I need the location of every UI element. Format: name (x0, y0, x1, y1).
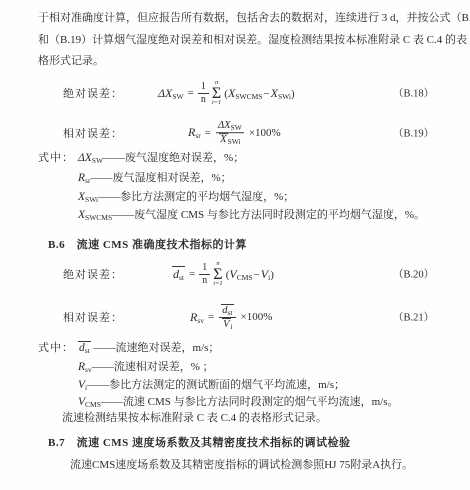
absolute-error-label: 绝对误差： (63, 85, 123, 101)
var-sub: SWi (278, 92, 291, 101)
fraction-numerator: 1 (198, 81, 209, 93)
var-delta-x: ΔX (218, 120, 231, 131)
formula-lhs: Rsr (188, 126, 201, 141)
where-symbol: XSWi (78, 191, 98, 203)
equation-number-b21: （B.21） (393, 310, 434, 325)
where-symbol: Vi (78, 379, 87, 391)
var-sub: SWi (85, 195, 98, 204)
equation-number-b19: （B.19） (393, 126, 434, 141)
absolute-error-label: 绝对误差： (63, 266, 123, 282)
equals-sign: = (207, 311, 215, 323)
sigma-glyph: Σ (213, 268, 222, 281)
times-100-percent: ×100% (248, 127, 282, 139)
where-symbol: Rsv (78, 361, 92, 373)
fraction-denominator: XSWi (216, 132, 243, 146)
formula-lhs: Rsv (190, 310, 204, 325)
var-sub: SWi (228, 137, 241, 146)
var-v-i: V (261, 267, 268, 281)
mean-overline: dst (172, 266, 185, 282)
sum-lower-limit: i=1 (212, 100, 221, 107)
var-v-bar: V (223, 319, 229, 330)
where-symbol: VCMS (78, 396, 101, 408)
fraction-one-over-n: 1n (198, 81, 209, 105)
equation-number-b18: （B.18） (393, 86, 434, 101)
sum-lower-limit: i=1 (213, 281, 222, 288)
em-dash: —— (94, 342, 116, 354)
var-sub: CMS (237, 273, 253, 282)
var-sub: sv (85, 365, 92, 374)
where-line-vel-2: Rsv——流速相对误差，% ； (78, 360, 214, 374)
var-sub: SWCMS (85, 213, 112, 222)
var-x-bar: X (220, 134, 226, 145)
section-b7-body: 流速CMS速度场系数及其精密度指标的调试检测参照HJ 75附录A执行。 (70, 456, 413, 472)
where-symbol: dst (78, 342, 91, 354)
summation-symbol: nΣi=1 (213, 261, 222, 287)
fraction-error-ratio: dst Vi (218, 304, 236, 330)
var-x-swi: X (271, 86, 278, 100)
fraction-denominator: n (198, 93, 209, 106)
var-x: X (78, 191, 85, 203)
mean-overline: V (222, 318, 230, 331)
var-x: X (78, 209, 85, 221)
em-dash: —— (103, 152, 125, 164)
where-desc: 参比方法测定的测试断面的烟气平均流速，m/s； (109, 379, 345, 391)
mean-overline: X (219, 133, 227, 146)
formula-b21: Rsv = dst Vi ×100% (190, 304, 273, 330)
where-line-hum-3: XSWi——参比方法测定的平均烟气湿度，%； (78, 190, 294, 204)
where-symbol: ΔXSW (78, 152, 103, 164)
fraction-numerator: ΔXSW (215, 120, 245, 132)
equals-sign: = (204, 127, 212, 139)
em-dash: —— (98, 191, 120, 203)
relative-error-label: 相对误差： (63, 309, 123, 325)
em-dash: —— (87, 379, 109, 391)
fraction-denominator: Vi (219, 317, 236, 331)
var-sub: st (179, 273, 184, 282)
velocity-record-note: 流速检测结果按本标准附录 C 表 C.4 的表格形式记录。 (62, 411, 327, 425)
close-paren: ) (291, 88, 295, 100)
var-sub: SWCMS (235, 92, 262, 101)
var-sub: sr (195, 132, 200, 141)
relative-error-label: 相对误差： (63, 125, 123, 141)
where-desc: 废气湿度绝对误差，%； (125, 152, 244, 164)
fraction-one-over-n: 1n (199, 262, 210, 286)
where-symbol: XSWCMS (78, 209, 112, 221)
fraction-numerator: dst (218, 304, 236, 317)
times-100-percent: ×100% (240, 311, 274, 323)
where-line-hum-1: 式中：ΔXSW——废气湿度绝对误差，%； (38, 151, 244, 165)
equation-number-b20: （B.20） (393, 267, 434, 282)
where-prefix: 式中： (38, 152, 74, 164)
mean-overline: dst (78, 341, 91, 355)
minus-sign: − (262, 88, 270, 100)
var-sub: CMS (85, 400, 101, 409)
intro-line-3: 格形式记录。 (38, 51, 452, 73)
where-line-vel-3: Vi——参比方法测定的测试断面的烟气平均流速，m/s； (78, 378, 345, 392)
var-v: V (78, 379, 85, 391)
document-page: 于相对准确度计算，但应报告所有数据，包括舍去的数据对，连续进行 3 d，并按公式… (0, 0, 470, 490)
section-heading-b6: B.6 流速 CMS 准确度技术指标的计算 (48, 236, 247, 252)
where-desc: 参比方法测定的平均烟气湿度，%； (120, 191, 294, 203)
var-sub: sv (197, 316, 204, 325)
minus-sign: − (253, 269, 261, 281)
intro-line-1: 于相对准确度计算，但应报告所有数据，包括舍去的数据对，连续进行 3 d，并按公式… (38, 8, 452, 30)
em-dash: —— (90, 172, 112, 184)
var-sub: SW (92, 156, 103, 165)
em-dash: —— (101, 396, 123, 408)
formula-b18: ΔXSW = 1n nΣi=1 (XSWCMS−XSWi) (158, 80, 295, 106)
where-desc: 流速 CMS 与参比方法同时段测定的烟气平均流速，m/s。 (123, 396, 399, 408)
formula-b20: dst = 1n nΣi=1 (VCMS−Vi) (172, 261, 274, 287)
where-desc: 废气湿度相对误差，%； (112, 172, 231, 184)
var-r: R (78, 172, 85, 184)
var-v-cms: V (229, 267, 236, 281)
formula-rhs: (XSWCMS−XSWi) (224, 86, 294, 101)
fraction-error-ratio: ΔXSW XSWi (215, 120, 245, 146)
fraction-denominator: n (199, 274, 210, 287)
var-sub: st (85, 346, 90, 355)
var-sub: SW (231, 123, 242, 132)
var-delta-x: ΔX (158, 86, 172, 100)
summation-symbol: nΣi=1 (212, 80, 221, 106)
where-symbol: Rsr (78, 172, 90, 184)
formula-lhs: dst (172, 266, 185, 282)
em-dash: —— (112, 209, 134, 221)
where-line-vel-1: 式中：dst ——流速绝对误差，m/s； (38, 341, 219, 355)
var-sub: i (231, 322, 233, 331)
var-delta-x: ΔX (78, 152, 92, 164)
formula-b19: Rsr = ΔXSW XSWi ×100% (188, 120, 282, 146)
where-prefix: 式中： (38, 342, 74, 354)
close-paren: ) (270, 269, 274, 281)
formula-lhs: ΔXSW (158, 86, 184, 101)
section-heading-b7: B.7 流速 CMS 速度场系数及其精密度技术指标的调试检验 (48, 434, 351, 450)
var-v: V (78, 396, 85, 408)
mean-overline: dst (221, 304, 233, 317)
where-line-hum-4: XSWCMS——废气湿度 CMS 与参比方法同时段测定的平均烟气湿度，%。 (78, 208, 425, 222)
where-desc: 流速相对误差，% ； (114, 361, 214, 373)
where-desc: 废气湿度 CMS 与参比方法同时段测定的平均烟气湿度，%。 (134, 209, 425, 221)
where-line-vel-4: VCMS——流速 CMS 与参比方法同时段测定的烟气平均流速，m/s。 (78, 395, 399, 409)
var-sub: SW (172, 92, 183, 101)
em-dash: —— (92, 361, 114, 373)
intro-paragraph: 于相对准确度计算，但应报告所有数据，包括舍去的数据对，连续进行 3 d，并按公式… (38, 8, 452, 73)
where-desc: 流速绝对误差，m/s； (116, 342, 220, 354)
formula-rhs: (VCMS−Vi) (226, 267, 274, 282)
where-line-hum-2: Rsr——废气湿度相对误差，%； (78, 171, 232, 185)
intro-line-2: 和（B.19）计算烟气湿度绝对误差和相对误差。湿度检测结果按本标准附录 C 表 … (38, 30, 452, 52)
equals-sign: = (188, 268, 196, 280)
fraction-numerator: 1 (199, 262, 210, 274)
equals-sign: = (187, 87, 195, 99)
var-r: R (78, 361, 85, 373)
sigma-glyph: Σ (212, 87, 221, 100)
